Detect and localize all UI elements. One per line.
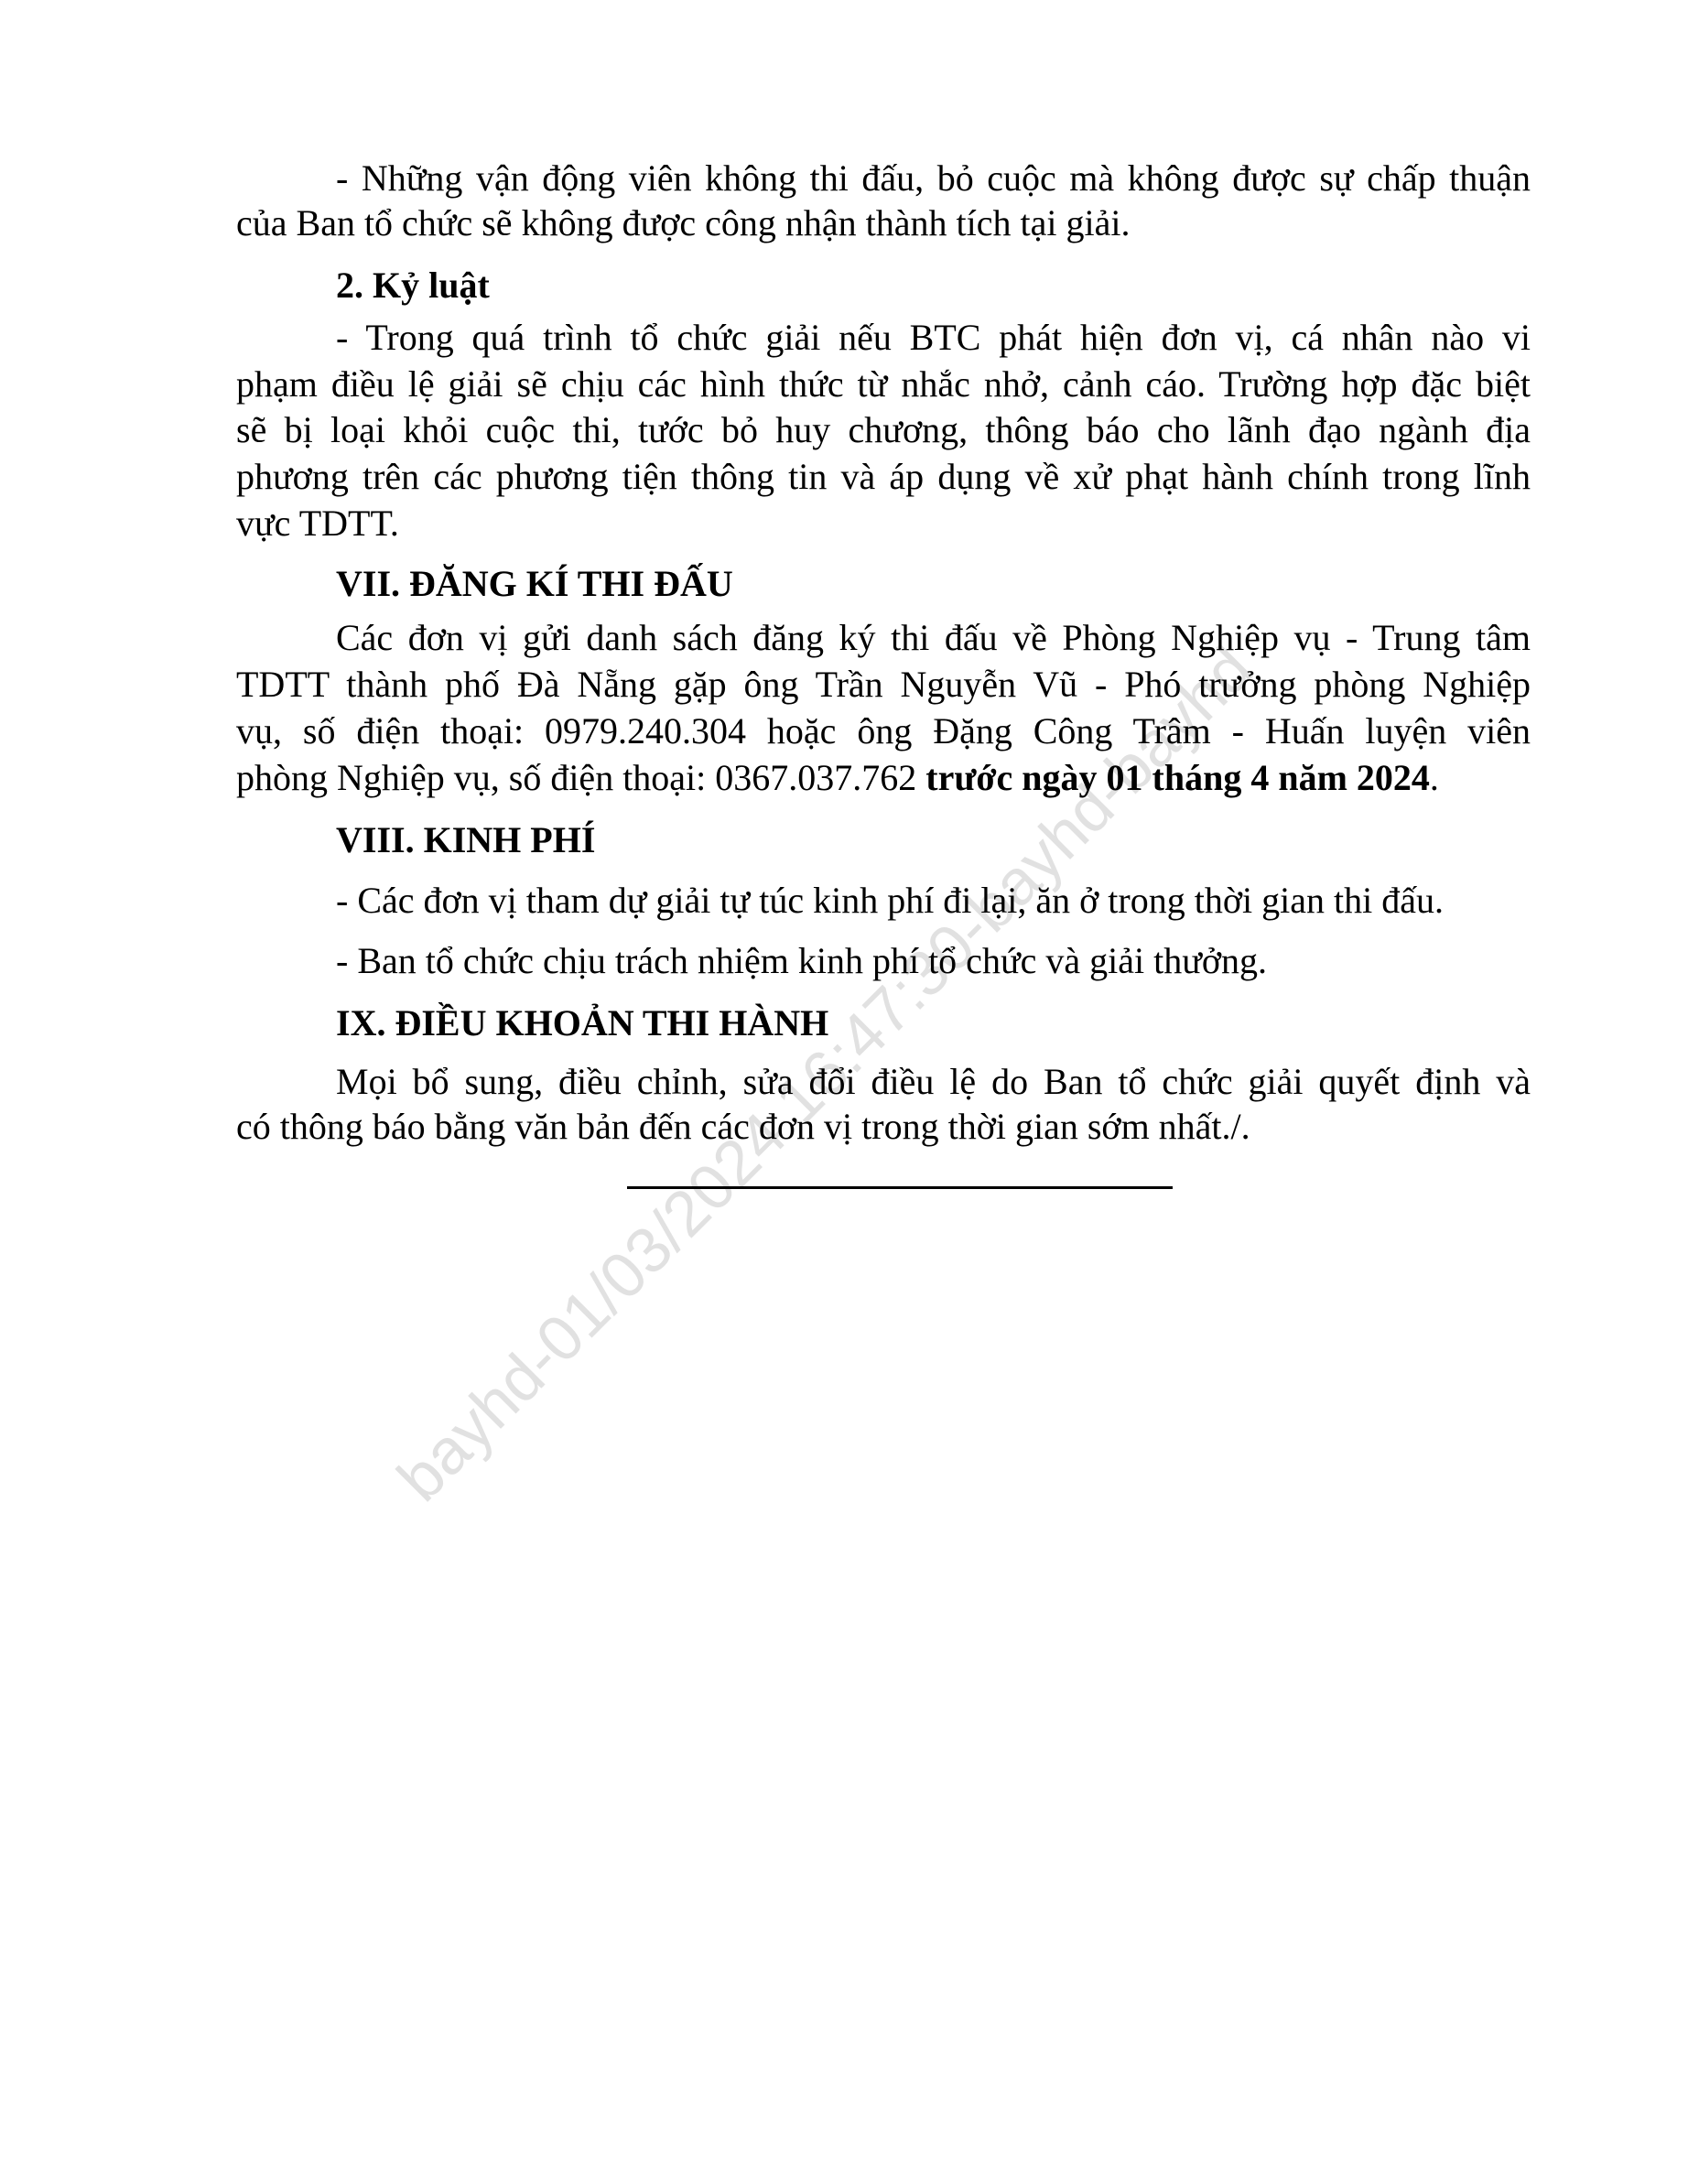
withdrawal-line-1: - Những vận động viên không thi đấu, bỏ … bbox=[236, 160, 1531, 197]
registration-heading: VII. ĐĂNG KÍ THI ĐẤU bbox=[236, 566, 1531, 602]
funding-item-1: - Các đơn vị tham dự giải tự túc kinh ph… bbox=[236, 882, 1531, 919]
discipline-line-3: sẽ bị loại khỏi cuộc thi, tước bỏ huy ch… bbox=[236, 412, 1531, 449]
document-page: bayhd-01/03/2024 16:47:30-bayhd-bayhd - … bbox=[0, 0, 1688, 2184]
enforcement-line-2: có thông báo bằng văn bản đến các đơn vị… bbox=[236, 1108, 1531, 1145]
discipline-heading: 2. Kỷ luật bbox=[236, 267, 1531, 304]
funding-heading: VIII. KINH PHÍ bbox=[236, 822, 1531, 859]
registration-line-2: TDTT thành phố Đà Nẵng gặp ông Trần Nguy… bbox=[236, 666, 1531, 703]
withdrawal-line-2: của Ban tổ chức sẽ không được công nhận … bbox=[236, 205, 1531, 242]
discipline-line-2: phạm điều lệ giải sẽ chịu các hình thức … bbox=[236, 366, 1531, 403]
registration-deadline: trước ngày 01 tháng 4 năm 2024 bbox=[925, 757, 1430, 798]
end-divider bbox=[627, 1186, 1173, 1189]
registration-line-3: vụ, số điện thoại: 0979.240.304 hoặc ông… bbox=[236, 713, 1531, 750]
registration-line-4: phòng Nghiệp vụ, số điện thoại: 0367.037… bbox=[236, 760, 1531, 796]
registration-line-end: . bbox=[1430, 757, 1439, 798]
funding-item-2: - Ban tổ chức chịu trách nhiệm kinh phí … bbox=[236, 943, 1531, 979]
discipline-line-1: - Trong quá trình tổ chức giải nếu BTC p… bbox=[236, 319, 1531, 356]
registration-line-1: Các đơn vị gửi danh sách đăng ký thi đấu… bbox=[236, 620, 1531, 656]
discipline-line-4: phương trên các phương tiện thông tin và… bbox=[236, 459, 1531, 495]
discipline-line-5: vực TDTT. bbox=[236, 505, 1531, 542]
document-body: - Những vận động viên không thi đấu, bỏ … bbox=[0, 0, 1688, 2184]
enforcement-line-1: Mọi bổ sung, điều chỉnh, sửa đổi điều lệ… bbox=[236, 1064, 1531, 1100]
enforcement-heading: IX. ĐIỀU KHOẢN THI HÀNH bbox=[236, 1005, 1531, 1042]
registration-phone-text: phòng Nghiệp vụ, số điện thoại: 0367.037… bbox=[236, 757, 925, 798]
